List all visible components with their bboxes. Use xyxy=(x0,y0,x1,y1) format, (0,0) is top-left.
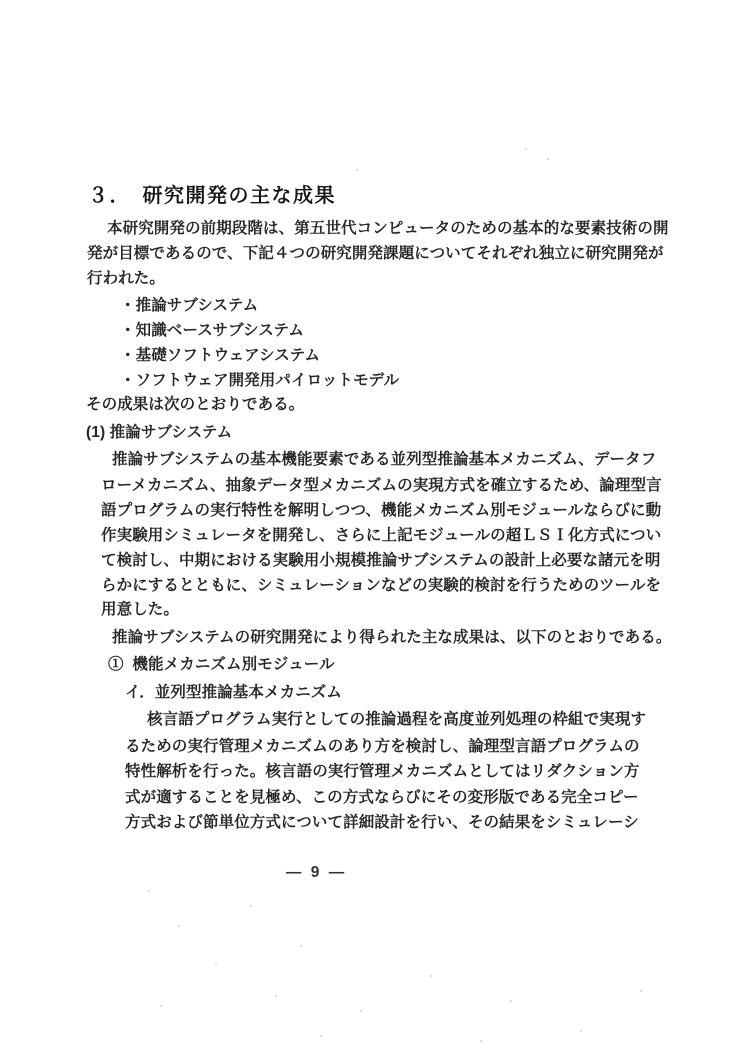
scan-speckle xyxy=(480,1040,482,1042)
page-number: — 9 — xyxy=(286,864,347,883)
scan-speckle xyxy=(525,148,527,150)
subsection-1-body-line-7: 用意した。 xyxy=(101,601,179,620)
subsection-1-body-line-4: 作実験用シミュレータを開発し、さらに上記モジュールの超ＬＳＩ化方式につい xyxy=(101,527,661,546)
item-i-body-line-2: るための実行管理メカニズムのあり方を検討し、論理型言語プログラムの xyxy=(125,738,640,757)
bullet-item-2: ・知識ベースサブシステム xyxy=(120,322,304,341)
scan-speckle xyxy=(148,890,150,892)
bullet-item-1: ・推論サブシステム xyxy=(120,297,258,316)
scan-speckle xyxy=(356,169,358,171)
intro-close-line: その成果は次のとおりである。 xyxy=(86,396,304,415)
bullet-item-3: ・基礎ソフトウェアシステム xyxy=(120,347,320,366)
scanned-document-page: ３． 研究開発の主な成果 本研究開発の前期段階は、第五世代コンピュータのための基… xyxy=(0,0,750,1054)
item-i-body-line-3: 特性解析を行った。核言語の実行管理メカニズムとしてはリダクション方 xyxy=(125,763,640,782)
item-circle1-heading: ① 機能メカニズム別モジュール xyxy=(108,656,335,675)
scan-speckle xyxy=(360,1010,362,1012)
section-title: ３． 研究開発の主な成果 xyxy=(88,184,336,208)
scan-speckle xyxy=(275,995,277,997)
bullet-item-4: ・ソフトウェア開発用パイロットモデル xyxy=(120,372,399,391)
scan-speckle xyxy=(580,1030,582,1032)
subsection-1-body-line-1: 推論サブシステムの基本機能要素である並列型推論基本メカニズム、データフ xyxy=(112,451,656,470)
results-intro-line: 推論サブシステムの研究開発により得られた主な成果は、以下のとおりである。 xyxy=(112,629,671,648)
subsection-1-body-line-3: 語プログラムの実行特性を解明しつつ、機能メカニズム別モジュールならびに動 xyxy=(101,502,661,521)
subsection-1-body-line-2: ローメカニズム、抽象データ型メカニズムの実現方式を確立するため、論理型言 xyxy=(101,477,662,496)
intro-line-1: 本研究開発の前期段階は、第五世代コンピュータのための基本的な要素技術の開 xyxy=(107,220,669,239)
scan-speckle xyxy=(430,975,432,977)
scan-speckle xyxy=(547,158,549,160)
item-i-body-line-5: 方式および節単位方式について詳細設計を行い、その結果をシミュレーシ xyxy=(125,814,639,833)
item-i-heading: イ．並列型推論基本メカニズム xyxy=(125,684,342,703)
item-i-body-line-1: 核言語プログラム実行としての推論過程を高度並列処理の枠組で実現す xyxy=(147,711,646,730)
item-i-body-line-4: 式が適することを見極め、この方式ならびにその変形版である完全コピー xyxy=(125,789,639,808)
subsection-1-body-line-6: らかにするとともに、シミュレーションなどの実験的検討を行うためのツールを xyxy=(101,577,661,596)
scan-speckle xyxy=(160,1005,162,1007)
intro-line-2: 発が目標であるので、下記４つの研究開発課題についてそれぞれ独立に研究開発が xyxy=(87,245,664,264)
subsection-1-heading: (1) 推論サブシステム xyxy=(86,424,232,443)
scan-speckle xyxy=(215,962,217,964)
scan-speckle xyxy=(320,1035,322,1037)
scan-speckle xyxy=(510,1000,512,1002)
scan-speckle xyxy=(640,990,642,992)
scan-speckle xyxy=(178,925,180,927)
scan-speckle xyxy=(300,945,302,947)
intro-line-3: 行われた。 xyxy=(87,270,165,289)
subsection-1-body-line-5: て検討し、中期における実験用小規模推論サブシステムの設計上必要な諸元を明 xyxy=(101,552,660,571)
scan-speckle xyxy=(250,905,252,907)
